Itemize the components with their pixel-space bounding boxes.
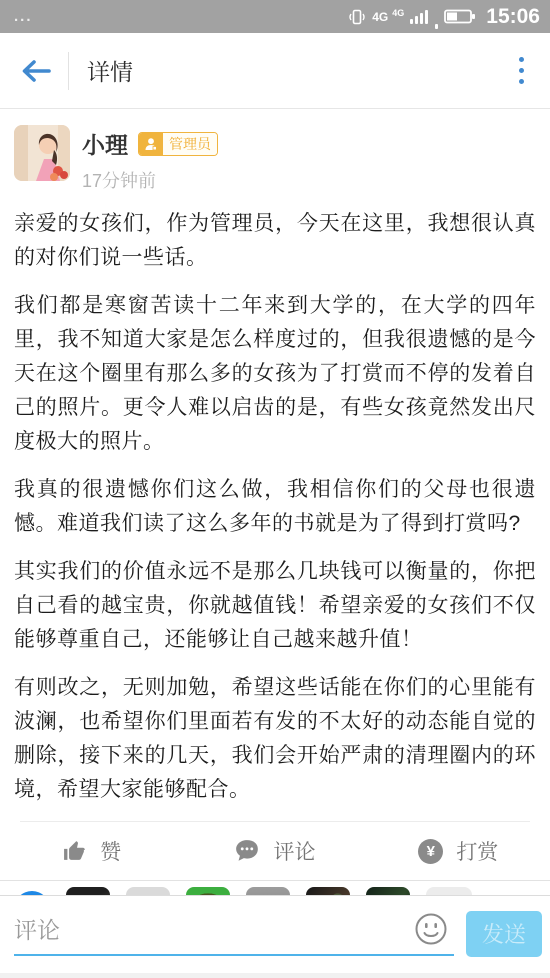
page-title: 详情 — [87, 54, 133, 87]
kebab-menu-icon[interactable] — [513, 51, 530, 90]
post-author-row: 小理 管理员 17分钟前 — [0, 109, 550, 197]
clock-time: 15:06 — [486, 5, 540, 29]
signal-secondary-icon — [435, 24, 438, 29]
reward-button[interactable]: ¥ 打赏 — [367, 836, 550, 866]
like-label: 赞 — [100, 836, 121, 866]
back-arrow-icon[interactable] — [20, 58, 52, 84]
signal-bars-icon — [410, 9, 428, 24]
comment-bar: 发送 — [0, 895, 550, 973]
nav-bar: 详情 — [0, 33, 550, 109]
comment-input[interactable] — [14, 911, 408, 950]
send-button[interactable]: 发送 — [466, 911, 542, 957]
comment-button[interactable]: 评论 — [183, 836, 366, 866]
liker-avatar[interactable] — [186, 887, 230, 895]
liker-avatar[interactable] — [306, 887, 350, 895]
nav-divider — [68, 52, 69, 90]
emoji-button[interactable] — [408, 912, 454, 950]
author-name[interactable]: 小理 — [82, 127, 128, 160]
liker-avatar[interactable] — [126, 887, 170, 895]
post-paragraph: 我真的很遗憾你们这么做，我相信你们的父母也很遗憾。难道我们读了这么多年的书就是为… — [14, 473, 536, 541]
notification-dots: ... — [14, 8, 33, 25]
post-paragraph: 有则改之，无则加勉，希望这些话能在你们的心里能有波澜，也希望你们里面若有发的不太… — [14, 671, 536, 807]
post-paragraph: 我们都是寒窗苦读十二年来到大学的，在大学的四年里，我不知道大家是怎么样度过的，但… — [14, 289, 536, 459]
vibrate-icon — [348, 8, 366, 26]
post-body: 亲爱的女孩们，作为管理员，今天在这里，我想很认真的对你们说一些话。我们都是寒窗苦… — [0, 197, 550, 807]
post-paragraph: 其实我们的价值永远不是那么几块钱可以衡量的，你把自己看的越宝贵，你就越值钱！希望… — [14, 555, 536, 657]
post-timestamp: 17分钟前 — [82, 167, 218, 193]
like-button[interactable]: 赞 — [0, 836, 183, 866]
admin-badge-label: 管理员 — [163, 133, 217, 155]
more-likers-badge[interactable]: +494 — [426, 887, 472, 895]
yen-coin-icon: ¥ — [418, 839, 443, 864]
action-bar: 赞 评论 ¥ 打赏 — [0, 822, 550, 880]
liker-avatar[interactable] — [66, 887, 110, 895]
liker-avatars — [66, 887, 410, 895]
reward-label: 打赏 — [456, 836, 498, 866]
post-paragraph: 亲爱的女孩们，作为管理员，今天在这里，我想很认真的对你们说一些话。 — [14, 207, 536, 275]
thumbs-up-icon — [62, 839, 87, 864]
post-detail: 小理 管理员 17分钟前 亲爱的女孩们，作为管理员，今天在这里，我想很认真的对你… — [0, 109, 550, 895]
liker-avatar[interactable] — [366, 887, 410, 895]
network-type-secondary: 4G — [392, 9, 404, 18]
admin-badge: 管理员 — [138, 132, 218, 156]
author-avatar[interactable] — [14, 125, 70, 181]
likers-row: +494 — [0, 881, 550, 895]
admin-person-icon — [139, 133, 163, 155]
comment-input-wrap — [14, 911, 454, 956]
liker-avatar[interactable] — [246, 887, 290, 895]
network-type-primary: 4G — [372, 11, 388, 23]
bottom-strip — [0, 973, 550, 978]
status-bar: ... 4G4G 15:06 — [0, 0, 550, 33]
comment-label: 评论 — [273, 836, 315, 866]
battery-icon — [444, 8, 476, 25]
comment-bubble-icon — [234, 838, 260, 864]
